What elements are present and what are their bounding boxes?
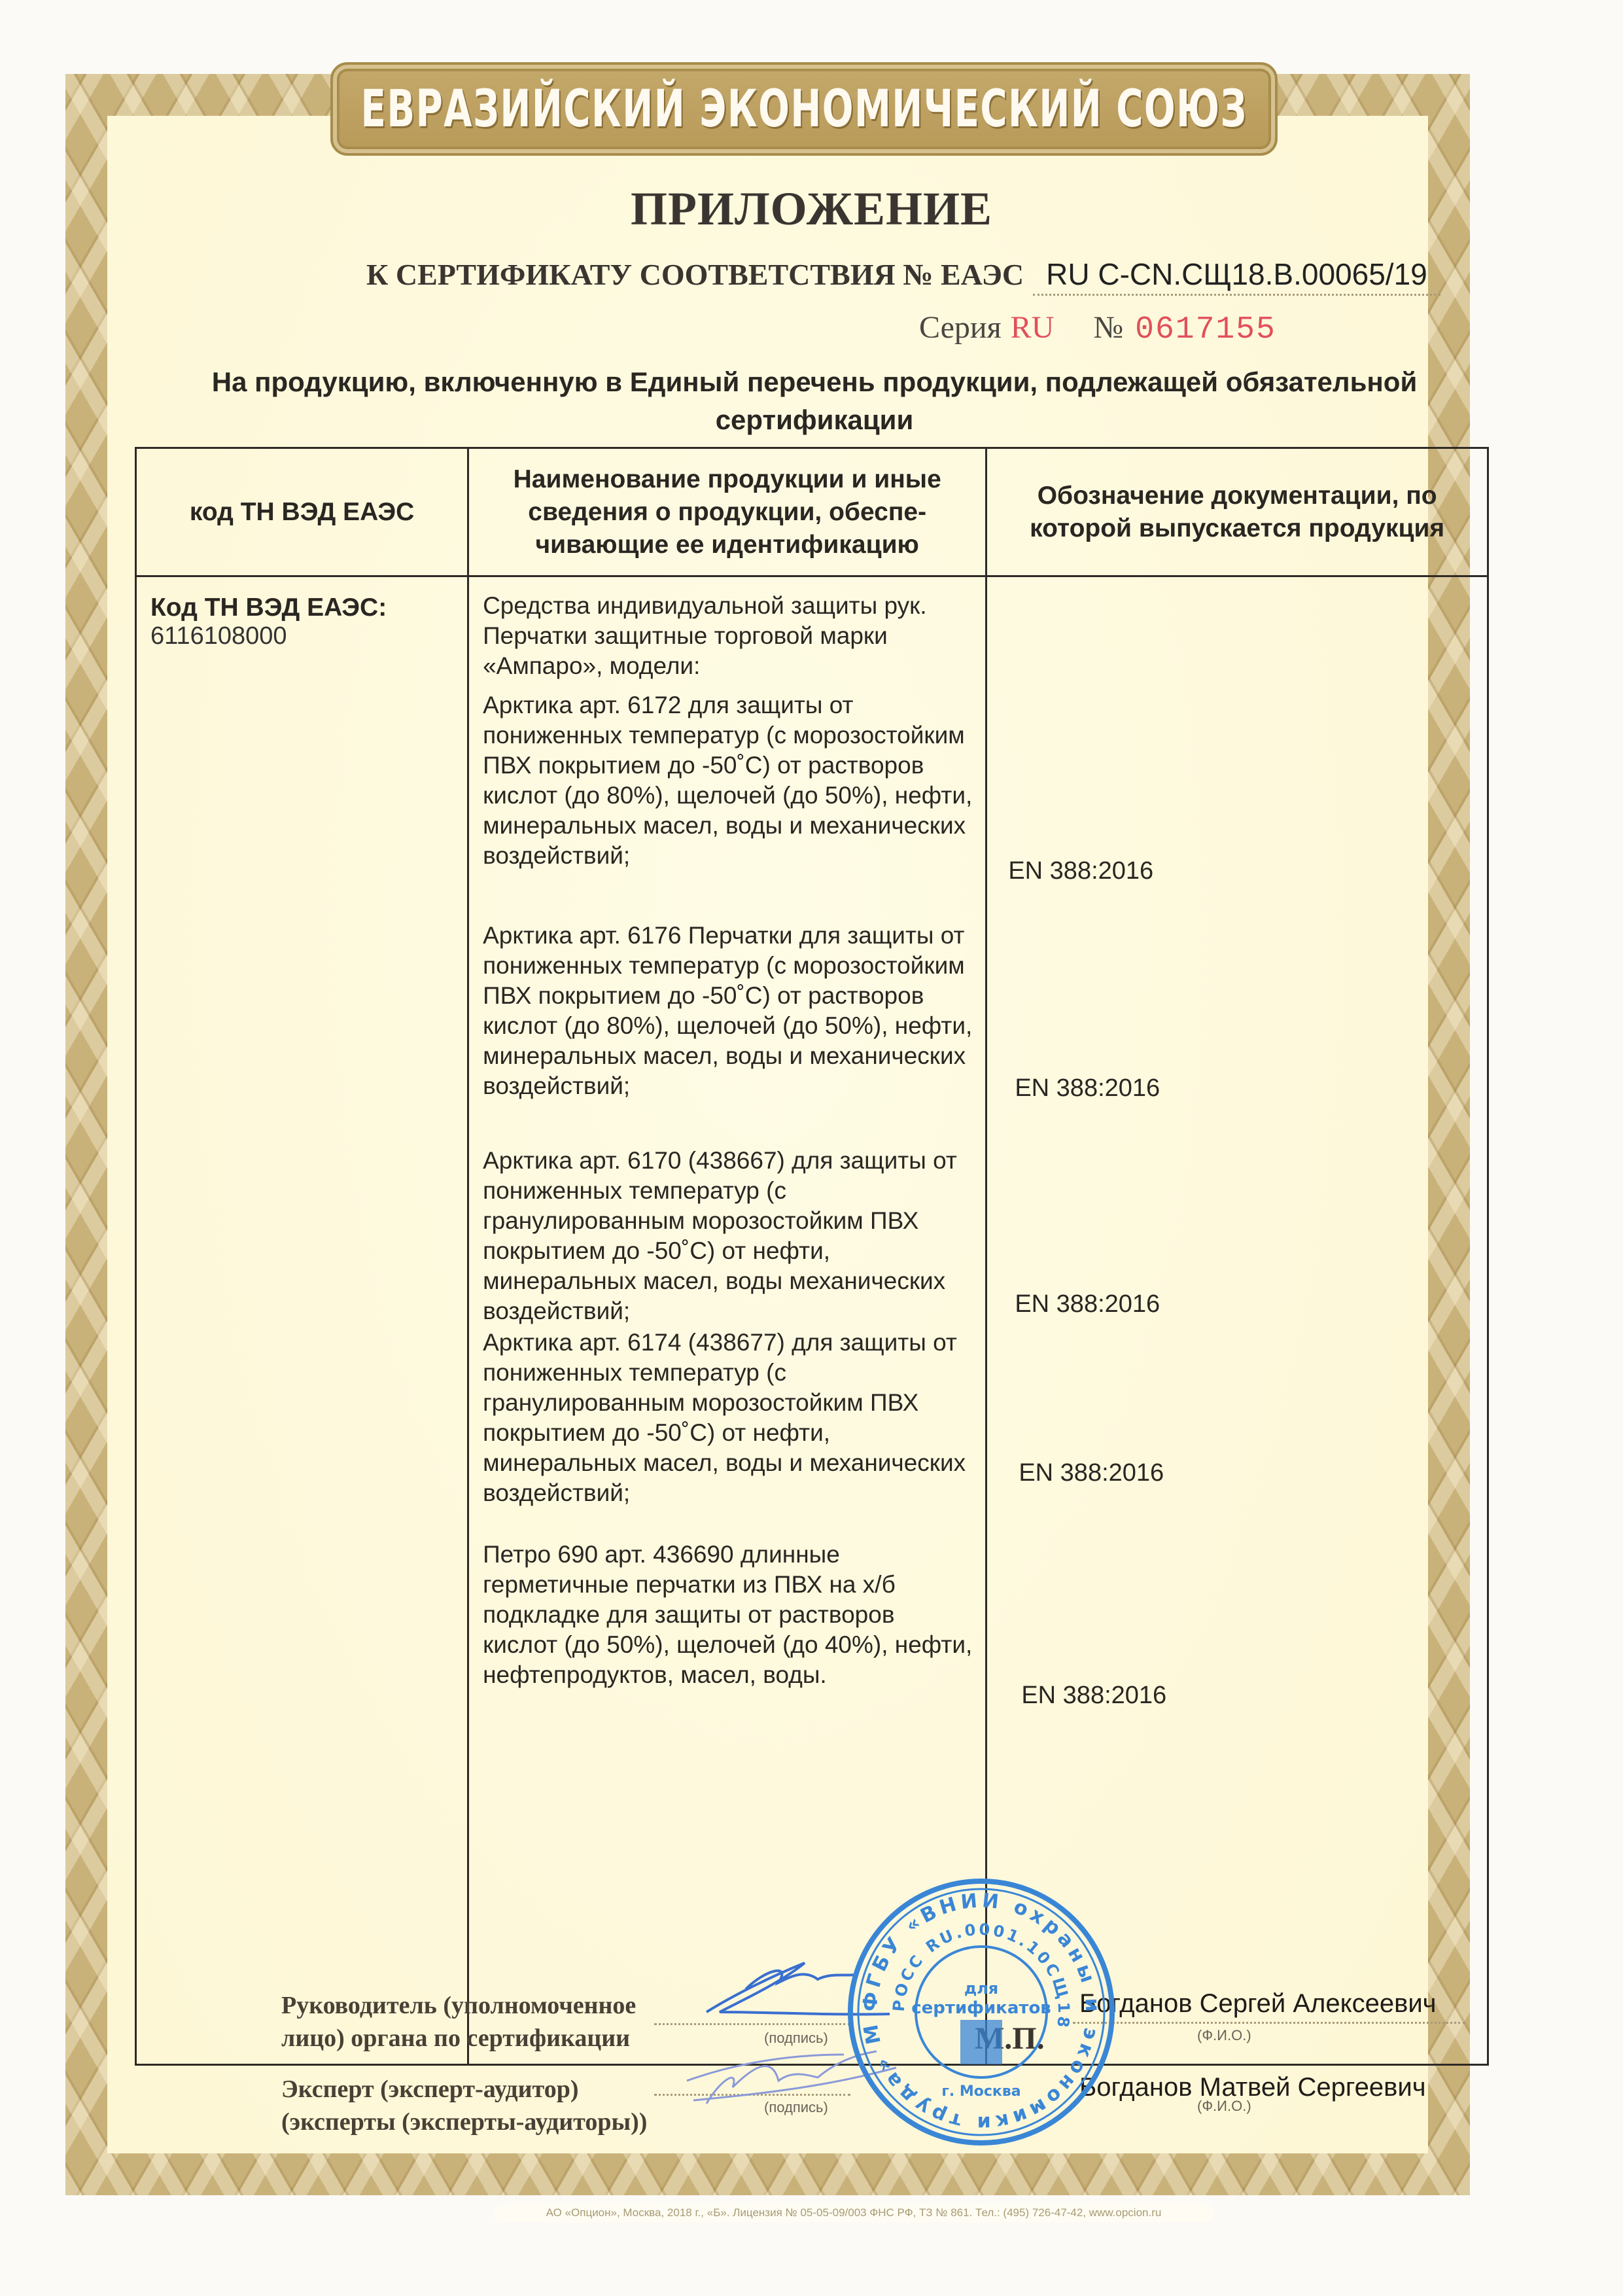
printer-info: АО «Опцион», Москва, 2018 г., «Б». Лицен… bbox=[494, 2204, 1213, 2222]
table-header-row: код ТН ВЭД ЕАЭС Наименование продукции и… bbox=[136, 448, 1488, 576]
table-row: Код ТН ВЭД ЕАЭС: 6116108000 Средства инд… bbox=[136, 576, 1488, 2065]
expert-name-caption: (Ф.И.О.) bbox=[1197, 2098, 1251, 2115]
series-line: СерияRU№0617155 bbox=[919, 309, 1276, 347]
subheading: На продукцию, включенную в Единый перече… bbox=[150, 363, 1478, 439]
product-item: Арктика арт. 6176 Перчатки для защиты от… bbox=[483, 921, 974, 1137]
head-signature-line bbox=[654, 2023, 850, 2025]
certification-stamp-icon: ФГБУ «ВНИИ охраны и экономики труда» Мин… bbox=[844, 1875, 1119, 2149]
certificate-label: К СЕРТИФИКАТУ СООТВЕТСТВИЯ № ЕАЭС bbox=[366, 258, 1024, 291]
standard-code: EN 388:2016 bbox=[1008, 857, 1153, 885]
standard-code: EN 388:2016 bbox=[1015, 1290, 1160, 1318]
svg-text:для: для bbox=[964, 1979, 998, 1998]
page-title: ПРИЛОЖЕНИЕ bbox=[0, 182, 1623, 236]
union-banner: ЕВРАЗИЙСКИЙ ЭКОНОМИЧЕСКИЙ СОЮЗ bbox=[330, 62, 1278, 156]
products-table: код ТН ВЭД ЕАЭС Наименование продукции и… bbox=[135, 447, 1489, 2066]
serial-number: 0617155 bbox=[1135, 312, 1276, 347]
head-name-caption: (Ф.И.О.) bbox=[1197, 2027, 1251, 2044]
header-documentation: Обозначение документации, по которой вып… bbox=[986, 448, 1488, 576]
standard-code: EN 388:2016 bbox=[1015, 1074, 1160, 1103]
header-code: код ТН ВЭД ЕАЭС bbox=[136, 448, 468, 576]
expert-label: Эксперт (эксперт-аудитор) (эксперты (экс… bbox=[281, 2073, 647, 2138]
banner-text: ЕВРАЗИЙСКИЙ ЭКОНОМИЧЕСКИЙ СОЮЗ bbox=[360, 80, 1247, 139]
head-name-line bbox=[1073, 2022, 1465, 2024]
product-item: Арктика арт. 6172 для защиты от пониженн… bbox=[483, 690, 974, 911]
header-product: Наименование продукции и иные сведения о… bbox=[468, 448, 986, 576]
product-item: Арктика арт. 6170 (438667) для защиты от… bbox=[483, 1146, 974, 1318]
standards-cell: EN 388:2016 EN 388:2016 EN 388:2016 EN 3… bbox=[986, 576, 1488, 2065]
code-cell: Код ТН ВЭД ЕАЭС: 6116108000 bbox=[136, 576, 468, 2065]
certificate-number: RU C-CN.СЩ18.В.00065/19 bbox=[1033, 257, 1440, 296]
standard-code: EN 388:2016 bbox=[1021, 1682, 1166, 1710]
series-value: RU bbox=[1011, 310, 1055, 345]
expert-name: Богданов Матвей Сергеевич bbox=[1079, 2073, 1426, 2102]
standard-code: EN 388:2016 bbox=[1019, 1459, 1164, 1487]
product-intro: Средства индивидуальной защиты рук. Перч… bbox=[483, 591, 974, 681]
code-value: 6116108000 bbox=[137, 622, 466, 650]
description-cell: Средства индивидуальной защиты рук. Перч… bbox=[468, 576, 986, 2065]
head-name: Богданов Сергей Алексеевич bbox=[1079, 1989, 1437, 2019]
code-label: Код ТН ВЭД ЕАЭС: bbox=[137, 578, 466, 622]
product-item: Арктика арт. 6174 (438677) для защиты от… bbox=[483, 1328, 974, 1530]
series-label: Серия bbox=[919, 310, 1002, 345]
number-label: № bbox=[1093, 310, 1123, 345]
svg-text:г. Москва: г. Москва bbox=[941, 2083, 1021, 2100]
head-label: Руководитель (уполномоченное лицо) орган… bbox=[281, 1989, 636, 2055]
product-item: Петро 690 арт. 436690 длинные герметичны… bbox=[483, 1540, 974, 1690]
svg-text:сертификатов: сертификатов bbox=[911, 1998, 1051, 2018]
certificate-reference: К СЕРТИФИКАТУ СООТВЕТСТВИЯ № ЕАЭСRU C-CN… bbox=[366, 256, 1478, 292]
